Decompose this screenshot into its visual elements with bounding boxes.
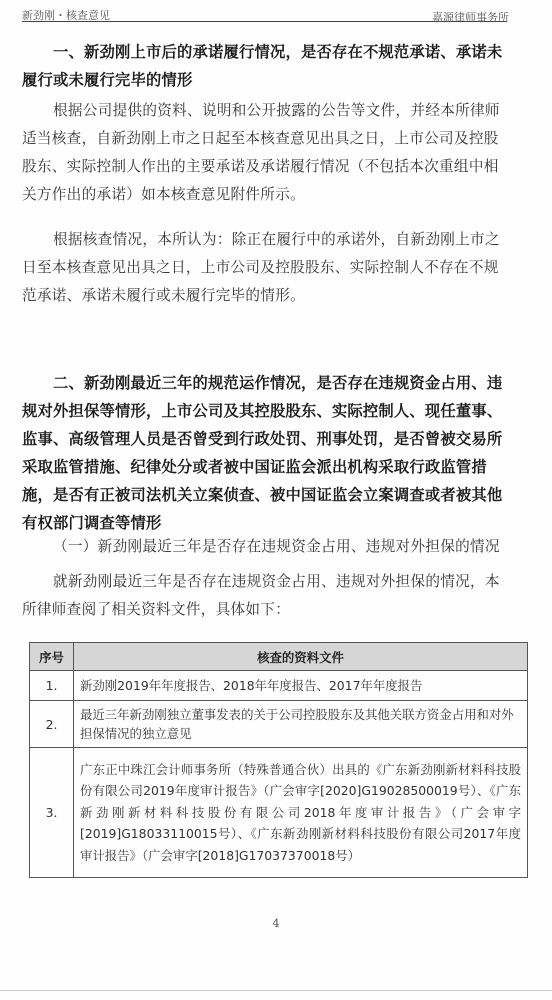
section-1-title: 一、新劲刚上市后的承诺履行情况，是否存在不规范承诺、承诺未履行或未履行完毕的情形: [22, 38, 507, 94]
section-1-para-2-block: 根据核查情况，本所认为：除正在履行中的承诺外，自新劲刚上市之日至本核查意见出具之…: [22, 226, 507, 310]
section-1-para-1-block: 根据公司提供的资料、说明和公开披露的公告等文件，并经本所律师适当核查，自新劲刚上…: [22, 97, 507, 209]
section-1-paragraph-1: 根据公司提供的资料、说明和公开披露的公告等文件，并经本所律师适当核查，自新劲刚上…: [22, 97, 507, 209]
table-row: 1. 新劲刚2019年年度报告、2018年年度报告、2017年年度报告: [30, 671, 528, 701]
header-document-title: 新劲刚・核查意见: [22, 7, 110, 23]
row-document-text: 广东正中珠江会计师事务所（特殊普通合伙）出具的《广东新劲刚新材料科技股份有限公司…: [74, 748, 528, 878]
row-number: 1.: [30, 671, 74, 701]
table-header-row: 序号 核查的资料文件: [30, 643, 528, 671]
page-number: 4: [0, 917, 552, 930]
section-1: 一、新劲刚上市后的承诺履行情况，是否存在不规范承诺、承诺未履行或未履行完毕的情形: [22, 38, 507, 94]
section-2: 二、新劲刚最近三年的规范运作情况，是否存在违规资金占用、违规对外担保等情形，上市…: [22, 369, 507, 537]
table-row: 3. 广东正中珠江会计师事务所（特殊普通合伙）出具的《广东新劲刚新材料科技股份有…: [30, 748, 528, 878]
documents-table: 序号 核查的资料文件 1. 新劲刚2019年年度报告、2018年年度报告、201…: [29, 642, 528, 878]
section-2-subtitle: （一）新劲刚最近三年是否存在违规资金占用、违规对外担保的情况: [22, 533, 507, 561]
table-row: 2. 最近三年新劲刚独立董事发表的关于公司控股股东及其他关联方资金占用和对外担保…: [30, 701, 528, 748]
header-serial-number: 序号: [30, 643, 74, 671]
row-number: 3.: [30, 748, 74, 878]
row-document-text: 最近三年新劲刚独立董事发表的关于公司控股股东及其他关联方资金占用和对外担保情况的…: [74, 701, 528, 748]
section-2-paragraph-1: 就新劲刚最近三年是否存在违规资金占用、违规对外担保的情况，本所律师查阅了相关资料…: [22, 568, 507, 624]
row-number: 2.: [30, 701, 74, 748]
row-document-text: 新劲刚2019年年度报告、2018年年度报告、2017年年度报告: [74, 671, 528, 701]
section-2-title: 二、新劲刚最近三年的规范运作情况，是否存在违规资金占用、违规对外担保等情形，上市…: [22, 369, 507, 537]
page-bottom-edge: [0, 990, 552, 991]
section-2-para-block: 就新劲刚最近三年是否存在违规资金占用、违规对外担保的情况，本所律师查阅了相关资料…: [22, 568, 507, 624]
section-1-paragraph-2: 根据核查情况，本所认为：除正在履行中的承诺外，自新劲刚上市之日至本核查意见出具之…: [22, 226, 507, 310]
header-documents: 核查的资料文件: [74, 643, 528, 671]
header-law-firm: 嘉源律师事务所: [432, 9, 509, 25]
page-header: 新劲刚・核查意见 嘉源律师事务所: [22, 4, 507, 22]
section-2-subtitle-block: （一）新劲刚最近三年是否存在违规资金占用、违规对外担保的情况: [22, 533, 507, 561]
